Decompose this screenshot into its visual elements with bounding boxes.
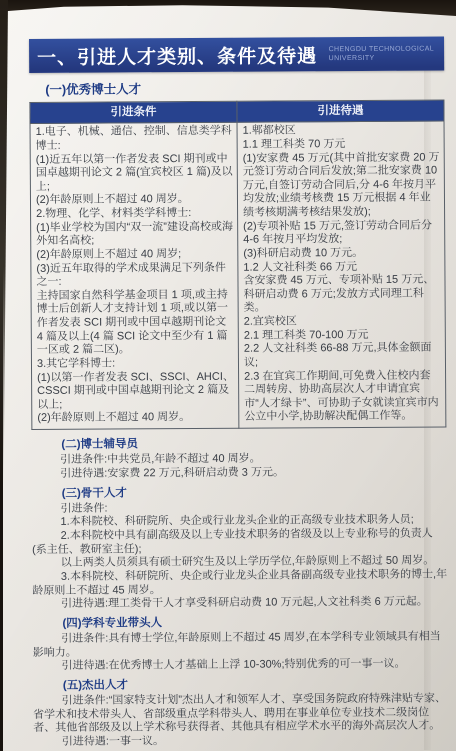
text-line: 引进条件:具有博士学位,年龄原则上不超过 45 周岁,在本学科专业领域具有相当影… — [33, 630, 448, 660]
university-logo-text: CHENGDU TECHNOLOGICAL UNIVERSITY — [329, 44, 435, 64]
text-line: 引进待遇:理工类骨干人才享受科研启动费 10 万元起,人文社科类 6 万元起。 — [32, 596, 447, 612]
table-header-row: 引进条件 引进待遇 — [30, 100, 444, 124]
text-line: 引进条件:“国家特支计划”杰出人才和领军人才、享受国务院政府特殊津贴专家、省学术… — [33, 693, 448, 736]
column-header-benefits: 引进待遇 — [237, 100, 444, 123]
text-line: 含安家费 45 万元、专项补贴 15 万元、科研启动费 6 万元;发放方式同理工… — [243, 274, 440, 316]
section-body-doctor-counselor: 引进条件:中共党员,年龄不超过 40 周岁。引进待遇:安家费 22 万元,科研启… — [32, 452, 447, 482]
text-line: (3)近五年取得的学术成果满足下列条件之一: — [36, 261, 233, 289]
text-line: (1)近五年以第一作者发表 SCI 期刊或中国卓越期刊论文 2 篇(宜宾校区 1… — [36, 152, 233, 194]
text-line: 2.3 在宜宾工作期间,可免费入住校内套二周转房、协助高层次人才申请宜宾市“人才… — [244, 369, 441, 425]
text-line: 引进待遇:安家费 22 万元,科研启动费 3 万元。 — [32, 465, 447, 481]
text-line: 1.1 理工科类 70 万元 — [243, 137, 440, 152]
text-line: 2.2 人文社科类 66-88 万元,具体金额面议; — [244, 342, 441, 370]
text-line: (2)年龄原则上不超过 40 周岁。 — [36, 193, 233, 208]
text-line: (1)以第一作者发表 SCI、SSCI、AHCI、CSSCI 期刊或中国卓越期刊… — [37, 370, 234, 412]
text-line: (3)科研启动费 10 万元。 — [243, 246, 440, 261]
section-heading-discipline-leader: (四)学科专业带头人 — [33, 614, 448, 631]
text-line: 2.本科院校中具有副高级及以上专业技术职务的省级及以上专业称号的负责人(系主任、… — [32, 527, 447, 557]
conditions-text: 1.电子、机械、通信、控制、信息类学科博士:(1)近五年以第一作者发表 SCI … — [36, 125, 235, 426]
text-line: (1)毕业学校为国内“双一流”建设高校或海外知名高校; — [36, 220, 233, 248]
section-body-backbone-talent: 引进条件:1.本科院校、科研院所、央企或行业龙头企业的正高级专业技术职务人员;2… — [32, 500, 448, 612]
text-line: 2.物理、化学、材料类学科博士: — [36, 207, 233, 222]
conditions-cell: 1.电子、机械、通信、控制、信息类学科博士:(1)近五年以第一作者发表 SCI … — [30, 122, 239, 429]
talent-conditions-benefits-table: 引进条件 引进待遇 1.电子、机械、通信、控制、信息类学科博士:(1)近五年以第… — [29, 99, 446, 430]
text-line: 1.郫都校区 — [243, 124, 440, 139]
section-body-outstanding-talent: 引进条件:“国家特支计划”杰出人才和领军人才、享受国务院政府特殊津贴专家、省学术… — [33, 693, 448, 750]
lower-sections: (二)博士辅导员 引进条件:中共党员,年龄不超过 40 周岁。引进待遇:安家费 … — [31, 435, 448, 749]
page-title: 一、引进人才类别、条件及待遇 — [37, 41, 317, 70]
text-line: (2)专项补贴 15 万元,签订劳动合同后分 4-6 年按月平均发放; — [243, 219, 440, 247]
document-photo: 一、引进人才类别、条件及待遇 CHENGDU TECHNOLOGICAL UNI… — [0, 0, 456, 751]
table-row: 1.电子、机械、通信、控制、信息类学科博士:(1)近五年以第一作者发表 SCI … — [30, 121, 446, 429]
text-line: (2)年龄原则上不超过 40 周岁。 — [37, 411, 234, 426]
text-line: (2)年龄原则上不超过 40 周岁; — [36, 248, 233, 263]
text-line: 3.其它学科博士: — [37, 357, 234, 372]
benefits-cell: 1.郫都校区1.1 理工科类 70 万元(1)安家费 45 万元(其中首批安家费… — [237, 121, 446, 428]
section-heading-outstanding-talent: (五)杰出人才 — [33, 676, 448, 693]
text-line: 引进待遇:在优秀博士人才基础上上浮 10-30%;特别优秀的可一事一议。 — [33, 658, 448, 674]
section-heading-excellent-doctor: (一)优秀博士人才 — [45, 77, 444, 97]
section-title-bar: 一、引进人才类别、条件及待遇 CHENGDU TECHNOLOGICAL UNI… — [29, 36, 444, 73]
text-line: 引进待遇:一事一议。 — [33, 733, 448, 749]
text-line: 1.2 人文社科类 66 万元 — [243, 260, 440, 275]
text-line: 3.本科院校、科研院所、央企或行业龙头企业具备副高级专业技术职务的博士,年龄原则… — [32, 568, 447, 598]
benefits-text: 1.郫都校区1.1 理工科类 70 万元(1)安家费 45 万元(其中首批安家费… — [243, 124, 442, 425]
section-heading-backbone-talent: (三)骨干人才 — [32, 484, 447, 501]
section-body-discipline-leader: 引进条件:具有博士学位,年龄原则上不超过 45 周岁,在本学科专业领域具有相当影… — [33, 630, 448, 673]
text-line: 2.宜宾校区 — [244, 314, 441, 329]
text-line: 主持国家自然科学基金项目 1 项,或主持博士后创新人才支持计划 1 项,或以第一… — [37, 289, 234, 358]
logo-line-2: UNIVERSITY — [329, 54, 435, 64]
text-line: (1)安家费 45 万元(其中首批安家费 20 万元签订劳动合同后发放;第二批安… — [243, 151, 440, 220]
column-header-conditions: 引进条件 — [30, 101, 237, 124]
text-line: 1.电子、机械、通信、控制、信息类学科博士: — [36, 125, 233, 153]
section-heading-doctor-counselor: (二)博士辅导员 — [31, 435, 446, 452]
document-content: 一、引进人才类别、条件及待遇 CHENGDU TECHNOLOGICAL UNI… — [29, 36, 448, 749]
